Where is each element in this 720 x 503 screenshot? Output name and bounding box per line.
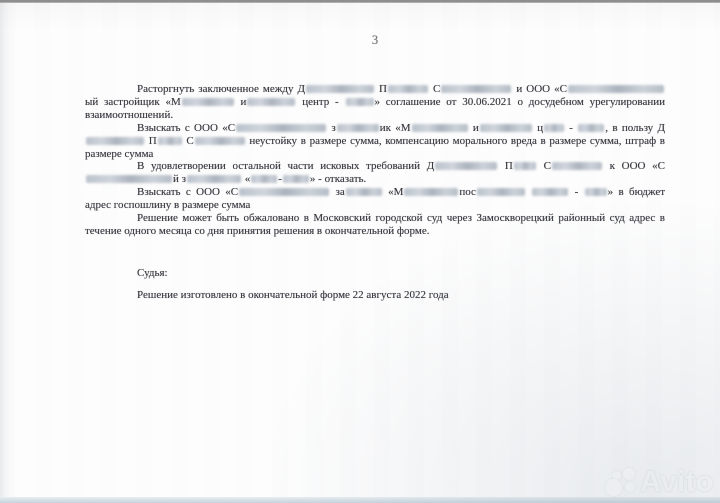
paragraph: Взыскать с ООО «С зик «М и ц - , в польз… bbox=[85, 122, 665, 161]
redacted-text bbox=[346, 188, 382, 196]
paragraph: Решение может быть обжаловано в Московск… bbox=[85, 212, 665, 238]
redacted-text bbox=[404, 188, 458, 196]
redacted-text bbox=[236, 124, 326, 132]
redacted-text bbox=[86, 175, 172, 183]
redacted-text bbox=[435, 162, 497, 170]
redacted-text bbox=[239, 188, 329, 196]
redacted-text bbox=[544, 124, 564, 132]
paragraph: Судья: bbox=[85, 267, 665, 280]
avito-logo-icon bbox=[605, 468, 637, 498]
redacted-text bbox=[441, 85, 511, 93]
redacted-text bbox=[86, 137, 144, 145]
redacted-text bbox=[412, 124, 468, 132]
page-number: 3 bbox=[85, 33, 665, 48]
document-body: Расторгнуть заключенное между Д П С и ОО… bbox=[85, 83, 665, 302]
redacted-text bbox=[187, 175, 241, 183]
photo-bottom-edge bbox=[0, 497, 720, 503]
photo-top-edge bbox=[0, 0, 720, 3]
redacted-text bbox=[182, 98, 234, 106]
redacted-text bbox=[195, 137, 245, 145]
avito-watermark: Avito bbox=[605, 466, 714, 499]
paragraph: Решение изготовлено в окончательной форм… bbox=[85, 289, 665, 302]
redacted-text bbox=[247, 98, 295, 106]
redacted-text bbox=[578, 124, 604, 132]
redacted-text bbox=[568, 85, 664, 93]
redacted-text bbox=[337, 124, 379, 132]
document-photo: 3 Расторгнуть заключенное между Д П С и … bbox=[0, 0, 720, 503]
watermark-label: Avito bbox=[640, 466, 714, 499]
redacted-text bbox=[514, 162, 536, 170]
redacted-text bbox=[585, 188, 607, 196]
redacted-text bbox=[158, 137, 182, 145]
redacted-text bbox=[532, 188, 568, 196]
redacted-text bbox=[306, 85, 374, 93]
redacted-text bbox=[552, 162, 602, 170]
redacted-text bbox=[346, 98, 374, 106]
redacted-text bbox=[480, 124, 532, 132]
redacted-text bbox=[251, 175, 277, 183]
redacted-text bbox=[477, 188, 525, 196]
paragraph: В удовлетворении остальной части исковых… bbox=[85, 160, 665, 186]
redacted-text bbox=[388, 85, 428, 93]
paragraph: Взыскать с ООО «С за «Мпос - » в бюджет … bbox=[85, 186, 665, 212]
paragraph: Расторгнуть заключенное между Д П С и ОО… bbox=[85, 83, 665, 122]
redacted-text bbox=[283, 175, 309, 183]
